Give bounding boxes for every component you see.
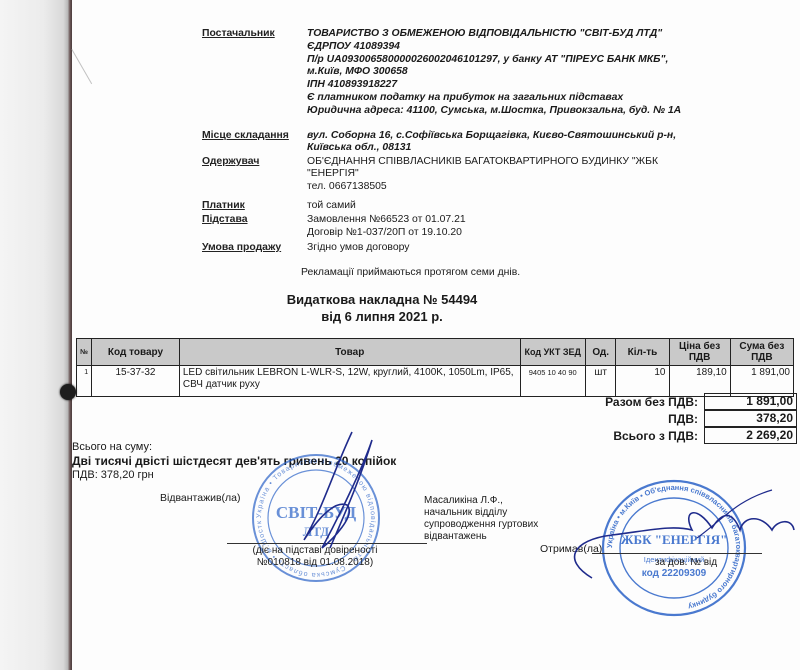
recipient-signature	[72, 0, 800, 670]
invoice-page: Постачальник ТОВАРИСТВО З ОБМЕЖЕНОЮ ВІДП…	[72, 0, 800, 670]
page-binding-edge	[0, 0, 72, 670]
